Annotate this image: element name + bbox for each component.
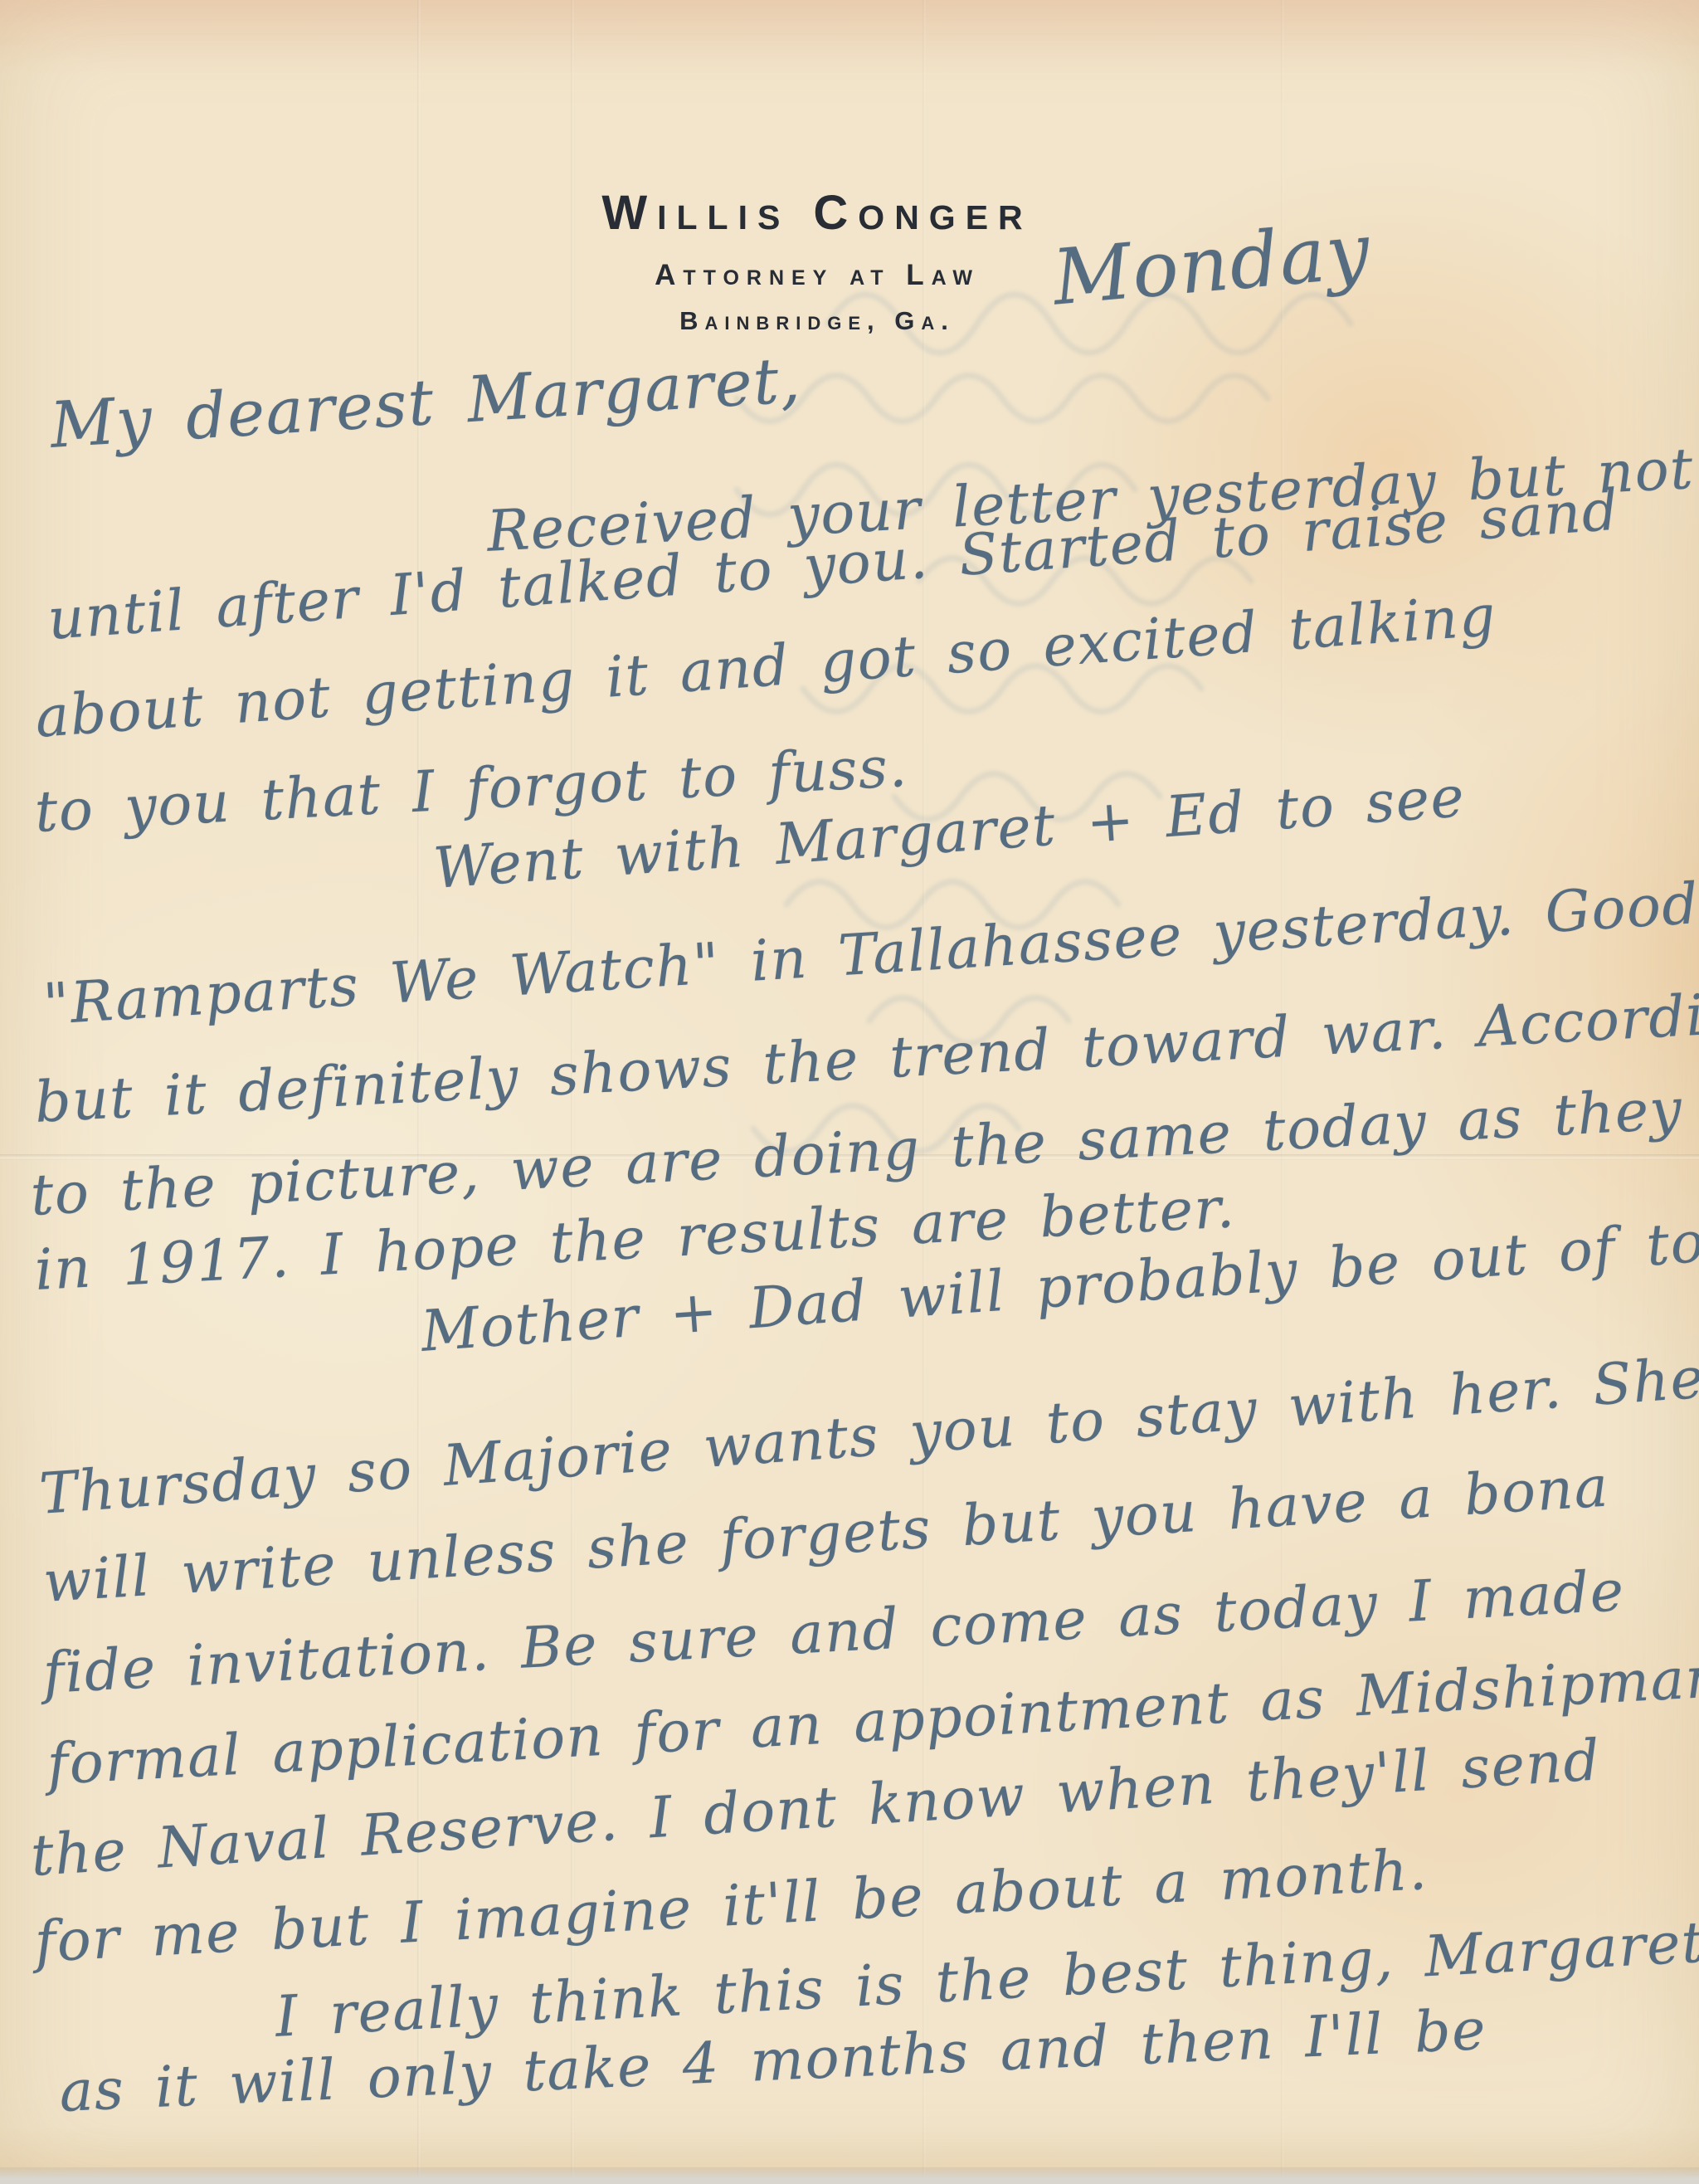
- letterhead-block: Willis Conger Attorney at Law Bainbridge…: [0, 189, 1667, 334]
- letter-page: Willis Conger Attorney at Law Bainbridge…: [0, 0, 1699, 2184]
- scan-edge-bottom: [0, 2167, 1699, 2184]
- letterhead-city: Bainbridge, Ga.: [0, 308, 1667, 334]
- letterhead-name: Willis Conger: [0, 189, 1667, 237]
- letterhead-title: Attorney at Law: [0, 261, 1667, 290]
- salutation: My dearest Margaret,: [48, 343, 803, 462]
